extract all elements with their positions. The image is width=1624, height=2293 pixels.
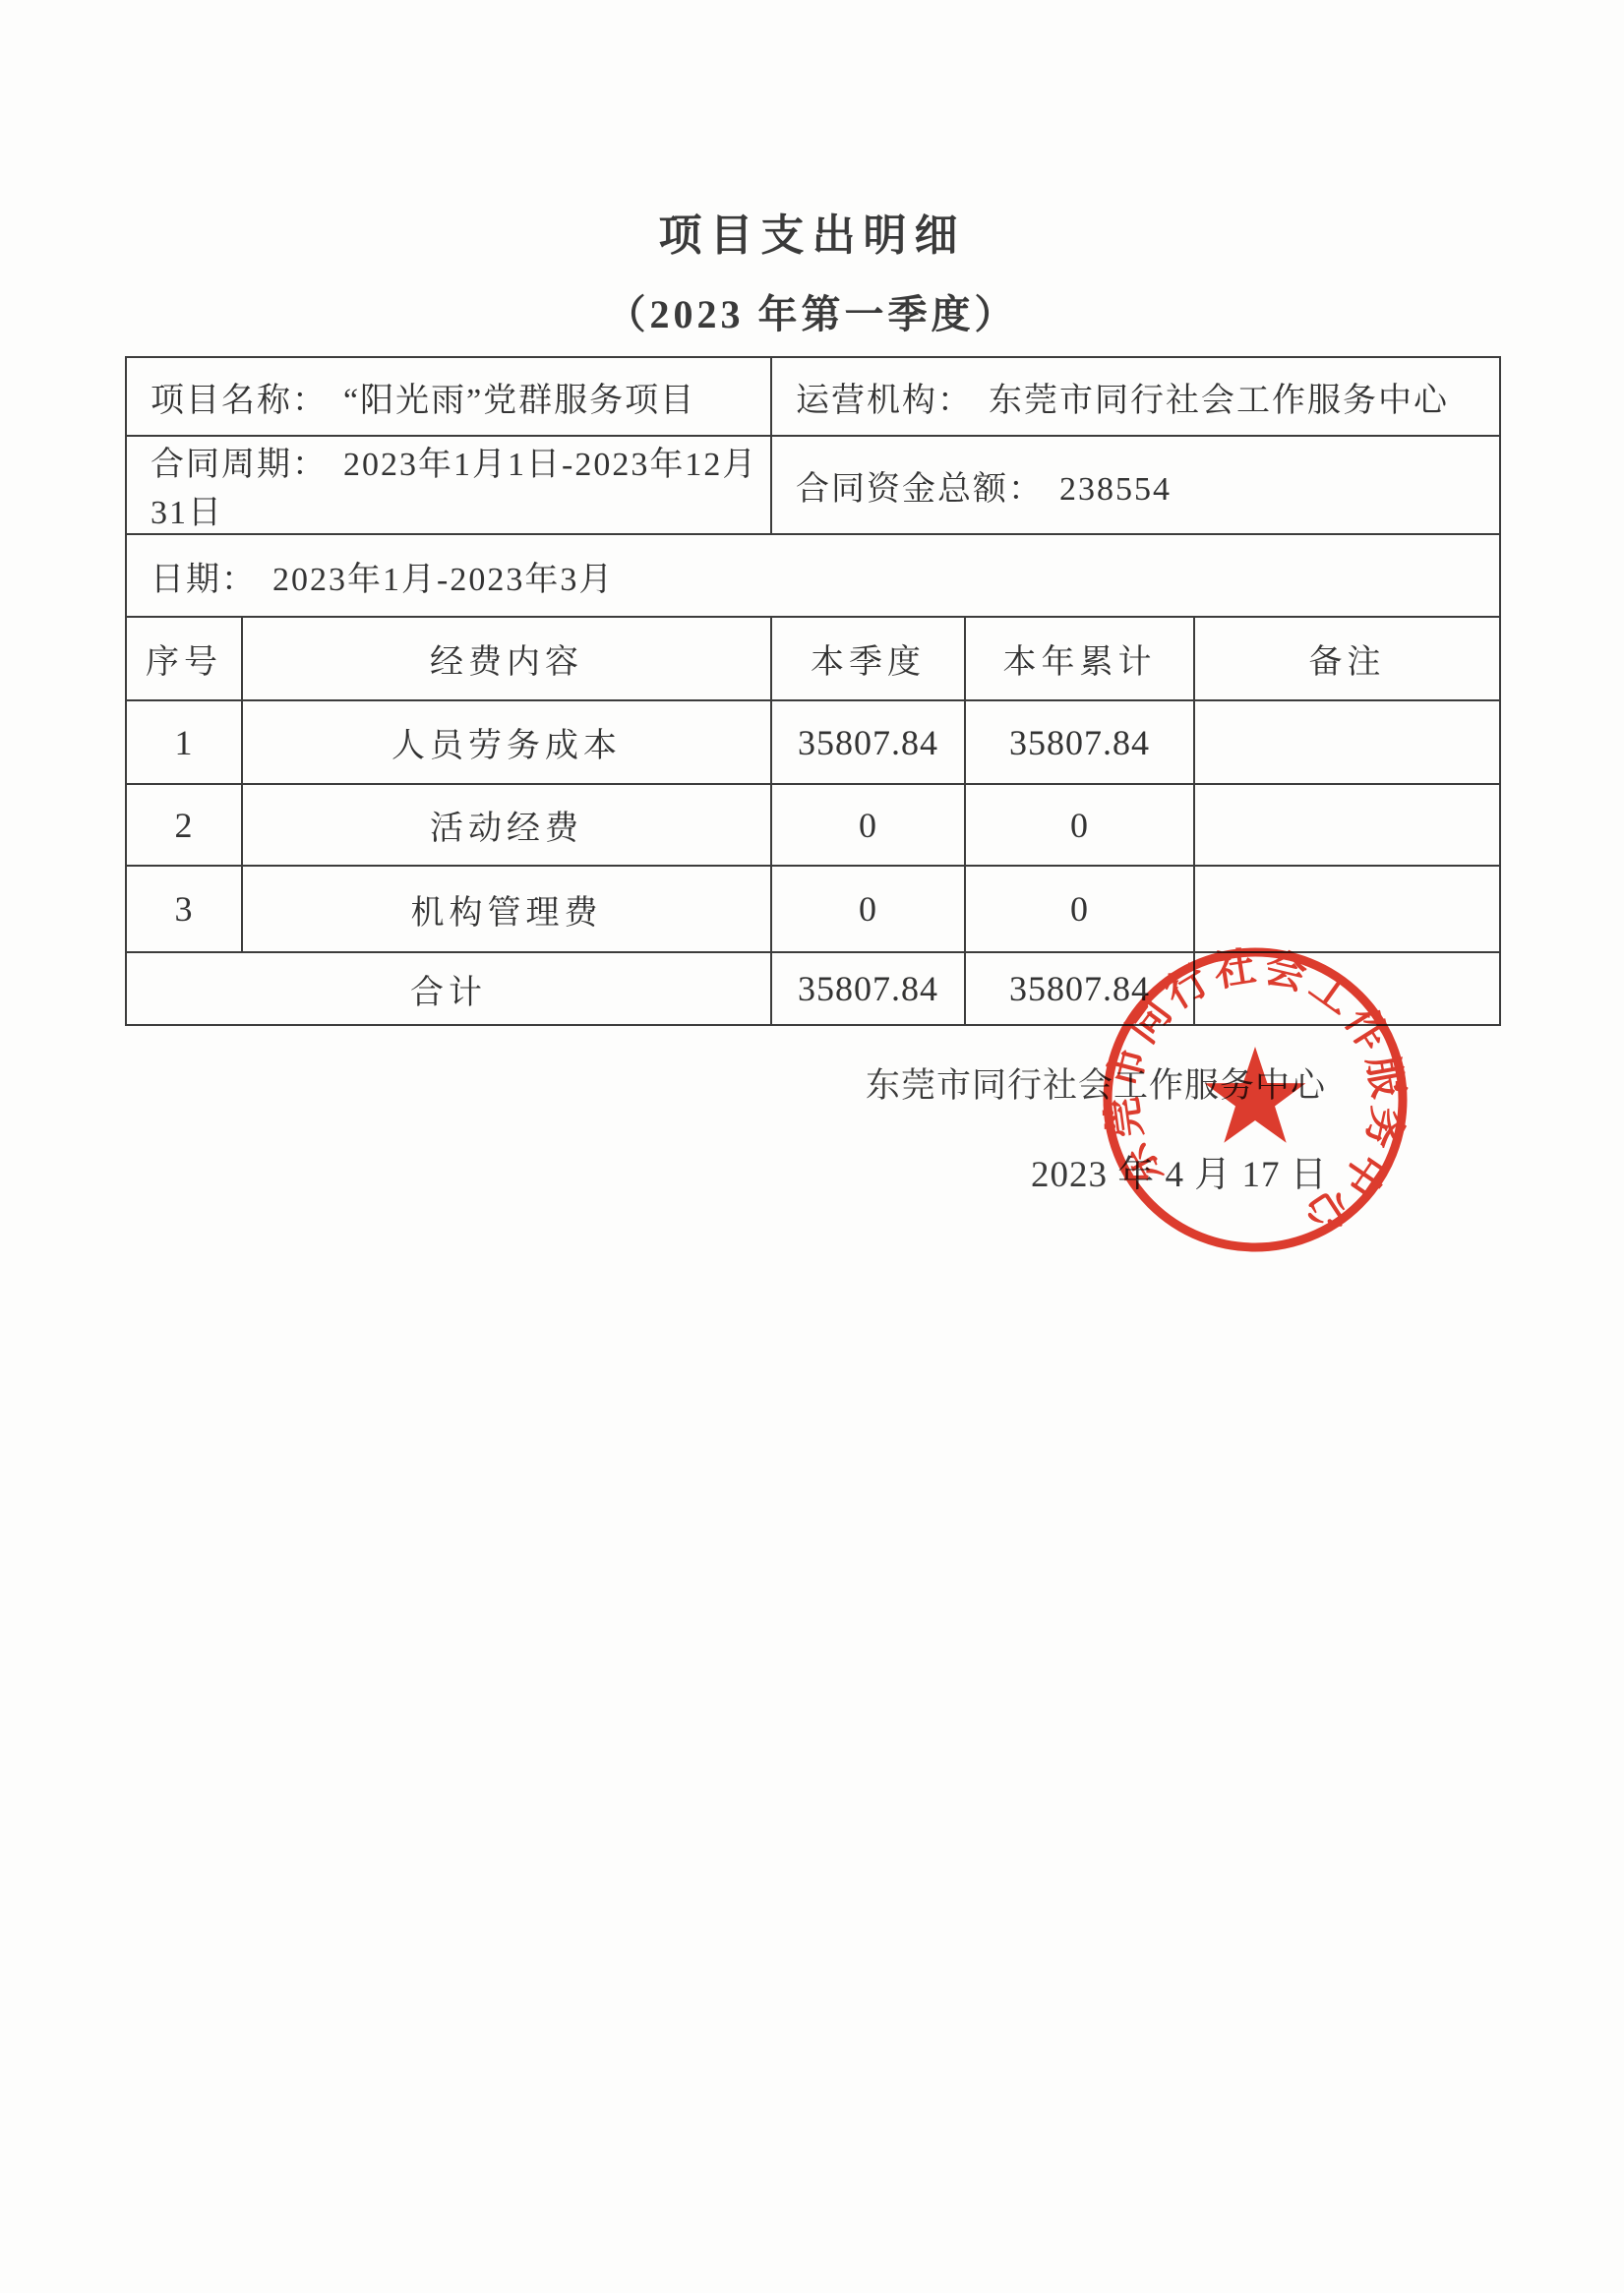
table-header-row: 序号 经费内容 本季度 本年累计 备注 xyxy=(126,617,1500,700)
table-row: 3 机构管理费 0 0 xyxy=(126,866,1500,952)
header-note: 备注 xyxy=(1194,617,1500,700)
table-row: 2 活动经费 0 0 xyxy=(126,784,1500,866)
contract-period-label: 合同周期： xyxy=(150,447,328,483)
date-range-label: 日期： xyxy=(150,562,257,598)
operator-label: 运营机构： xyxy=(796,383,973,419)
date-range-cell: 日期：2023年1月-2023年3月 xyxy=(126,534,1500,617)
header-ytd: 本年累计 xyxy=(965,617,1194,700)
expense-table: 项目名称：“阳光雨”党群服务项目 运营机构：东莞市同行社会工作服务中心 合同周期… xyxy=(125,356,1501,1026)
total-quarter: 35807.84 xyxy=(771,952,965,1025)
project-name-value: “阳光雨”党群服务项目 xyxy=(343,383,695,419)
row-note xyxy=(1194,784,1500,866)
stamp-star-icon xyxy=(1205,1047,1306,1143)
header-item: 经费内容 xyxy=(242,617,771,700)
row-no: 1 xyxy=(126,700,242,784)
row-ytd: 0 xyxy=(965,866,1194,952)
row-ytd: 0 xyxy=(965,784,1194,866)
row-quarter: 0 xyxy=(771,866,965,952)
info-row-contract: 合同周期：2023年1月1日-2023年12月31日 合同资金总额：238554 xyxy=(126,436,1500,534)
row-no: 3 xyxy=(126,866,242,952)
row-note xyxy=(1194,866,1500,952)
operator-value: 东莞市同行社会工作服务中心 xyxy=(989,383,1449,419)
operator-cell: 运营机构：东莞市同行社会工作服务中心 xyxy=(771,357,1500,436)
project-name-cell: 项目名称：“阳光雨”党群服务项目 xyxy=(126,357,771,436)
document-title: 项目支出明细 xyxy=(0,200,1624,263)
row-note xyxy=(1194,700,1500,784)
date-range-value: 2023年1月-2023年3月 xyxy=(272,562,614,598)
table-row: 1 人员劳务成本 35807.84 35807.84 xyxy=(126,700,1500,784)
row-quarter: 0 xyxy=(771,784,965,866)
document-page: 项目支出明细 （2023 年第一季度） 项目名称：“阳光雨”党群服务项目 运营机… xyxy=(0,0,1624,2293)
info-row-date: 日期：2023年1月-2023年3月 xyxy=(126,534,1500,617)
row-ytd: 35807.84 xyxy=(965,700,1194,784)
header-no: 序号 xyxy=(126,617,242,700)
contract-period-cell: 合同周期：2023年1月1日-2023年12月31日 xyxy=(126,436,771,534)
contract-amount-value: 238554 xyxy=(1059,471,1172,508)
row-item: 活动经费 xyxy=(242,784,771,866)
info-row-project: 项目名称：“阳光雨”党群服务项目 运营机构：东莞市同行社会工作服务中心 xyxy=(126,357,1500,436)
contract-amount-label: 合同资金总额： xyxy=(796,471,1044,508)
document-subtitle: （2023 年第一季度） xyxy=(0,283,1624,339)
official-seal-stamp: 东莞市同行社会工作服务中心 xyxy=(1098,942,1413,1257)
total-label: 合计 xyxy=(126,952,771,1025)
row-quarter: 35807.84 xyxy=(771,700,965,784)
contract-amount-cell: 合同资金总额：238554 xyxy=(771,436,1500,534)
project-name-label: 项目名称： xyxy=(150,383,328,419)
header-quarter: 本季度 xyxy=(771,617,965,700)
row-item: 机构管理费 xyxy=(242,866,771,952)
row-no: 2 xyxy=(126,784,242,866)
row-item: 人员劳务成本 xyxy=(242,700,771,784)
